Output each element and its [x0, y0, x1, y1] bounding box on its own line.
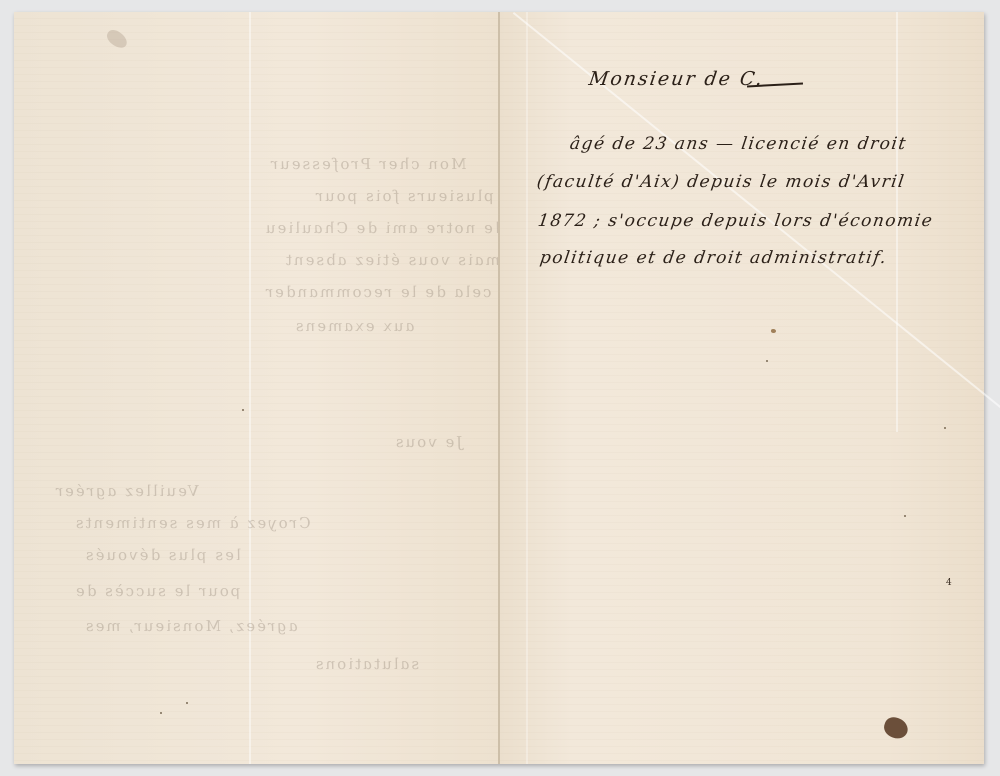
bleed-line: agréez, Monsieur, mes [82, 617, 299, 635]
letter-heading: Monsieur de C. [587, 68, 765, 90]
bleed-line: mais vous étiez absent [282, 251, 501, 269]
left-page: Mon cher Professeur Je suis venu plusieu… [14, 12, 499, 764]
letter-sheet: Mon cher Professeur Je suis venu plusieu… [14, 12, 984, 764]
letter-line: âgé de 23 ans — licencié en droit [569, 134, 909, 154]
bleed-line: pour le succès de [72, 582, 242, 600]
bleed-line: les plus dévoués [82, 546, 242, 564]
bleed-line: Veuillez agréer [52, 482, 200, 500]
bleed-line: Croyez à mes sentiments [72, 514, 312, 532]
right-page [500, 12, 984, 764]
bleed-line: Je vous [392, 433, 464, 451]
fold-crease [249, 12, 251, 764]
folio-mark: 4 [946, 578, 952, 588]
bleed-line: aux examens [292, 317, 416, 335]
bleed-line: Mon cher Professeur [267, 155, 468, 173]
letter-line: politique et de droit administratif. [539, 248, 889, 268]
letter-line: (faculté d'Aix) depuis le mois d'Avril [536, 172, 907, 192]
letter-line: 1872 ; s'occupe depuis lors d'économie [537, 211, 935, 231]
bleed-line: salutations [312, 655, 420, 673]
